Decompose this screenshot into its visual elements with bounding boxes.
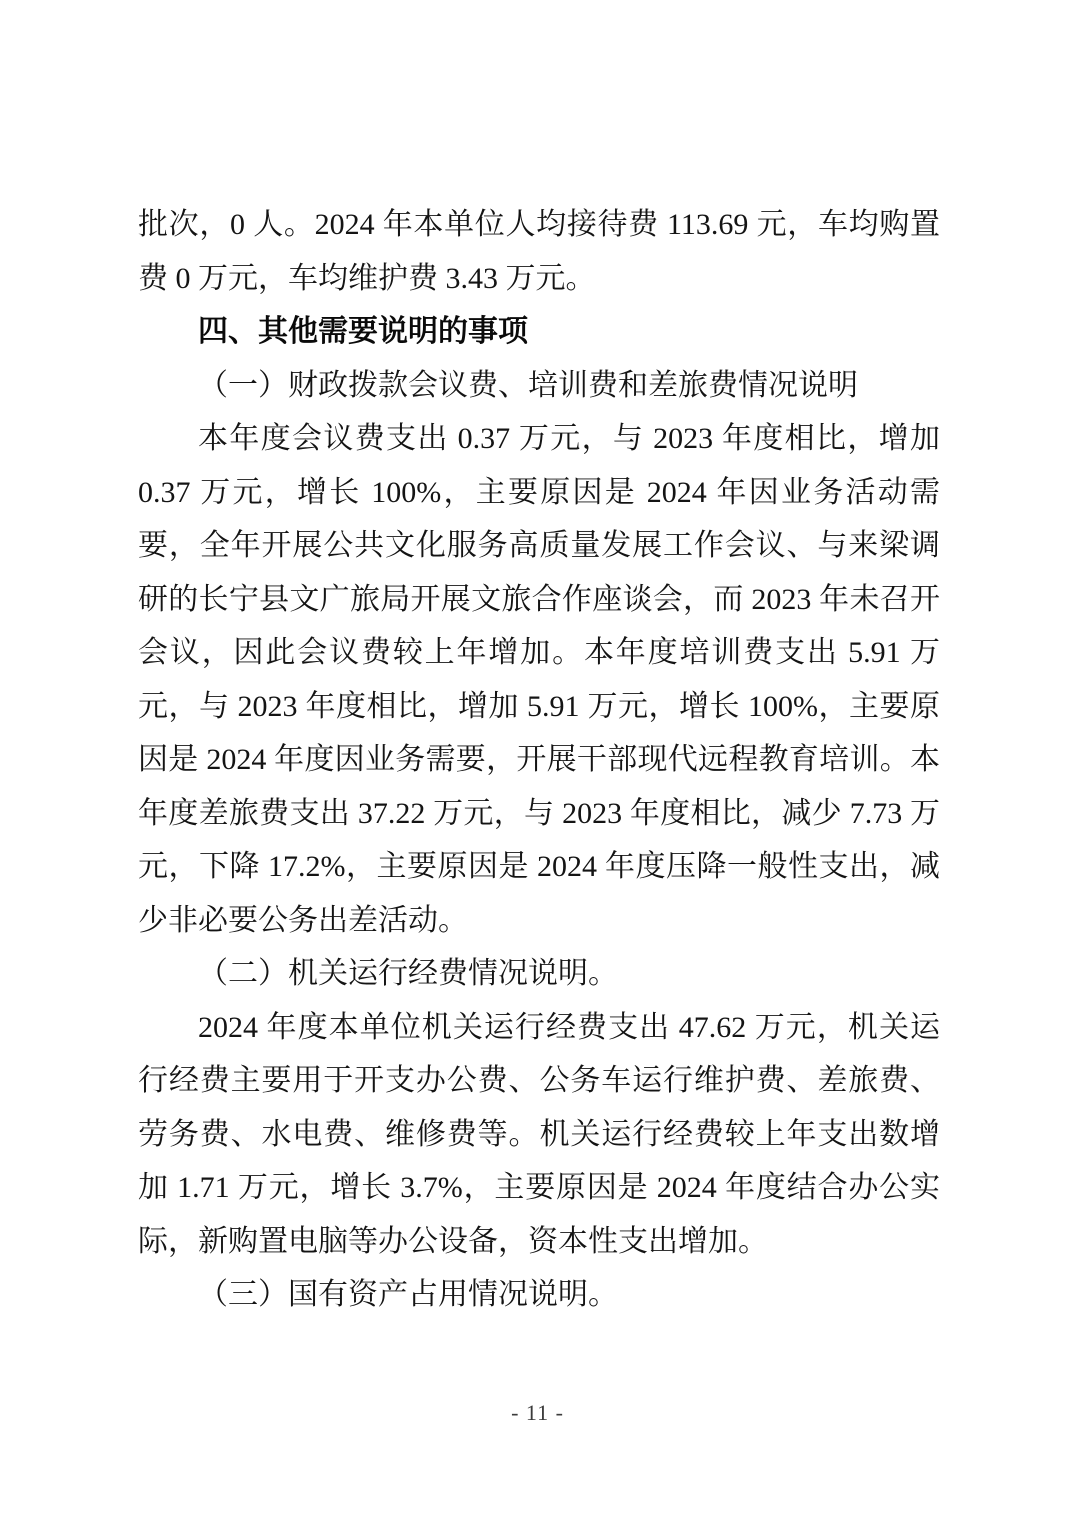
page-number: - 11 - — [511, 1400, 564, 1425]
section-heading-other-matters: 四、其他需要说明的事项 — [138, 305, 940, 359]
subsection-heading-1: （一）财政拨款会议费、培训费和差旅费情况说明 — [138, 359, 940, 413]
paragraph-meeting-training-travel-fees: 本年度会议费支出 0.37 万元，与 2023 年度相比，增加 0.37 万元，… — [138, 412, 940, 947]
page-footer: - 11 - — [0, 1400, 1075, 1426]
subsection-heading-2: （二）机关运行经费情况说明。 — [138, 947, 940, 1001]
paragraph-continued: 批次，0 人。2024 年本单位人均接待费 113.69 元，车均购置费 0 万… — [138, 198, 940, 305]
paragraph-operating-expenses: 2024 年度本单位机关运行经费支出 47.62 万元，机关运行经费主要用于开支… — [138, 1001, 940, 1269]
subsection-heading-3: （三）国有资产占用情况说明。 — [138, 1268, 940, 1322]
document-body: 批次，0 人。2024 年本单位人均接待费 113.69 元，车均购置费 0 万… — [138, 198, 940, 1322]
document-page: 批次，0 人。2024 年本单位人均接待费 113.69 元，车均购置费 0 万… — [0, 0, 1075, 1520]
